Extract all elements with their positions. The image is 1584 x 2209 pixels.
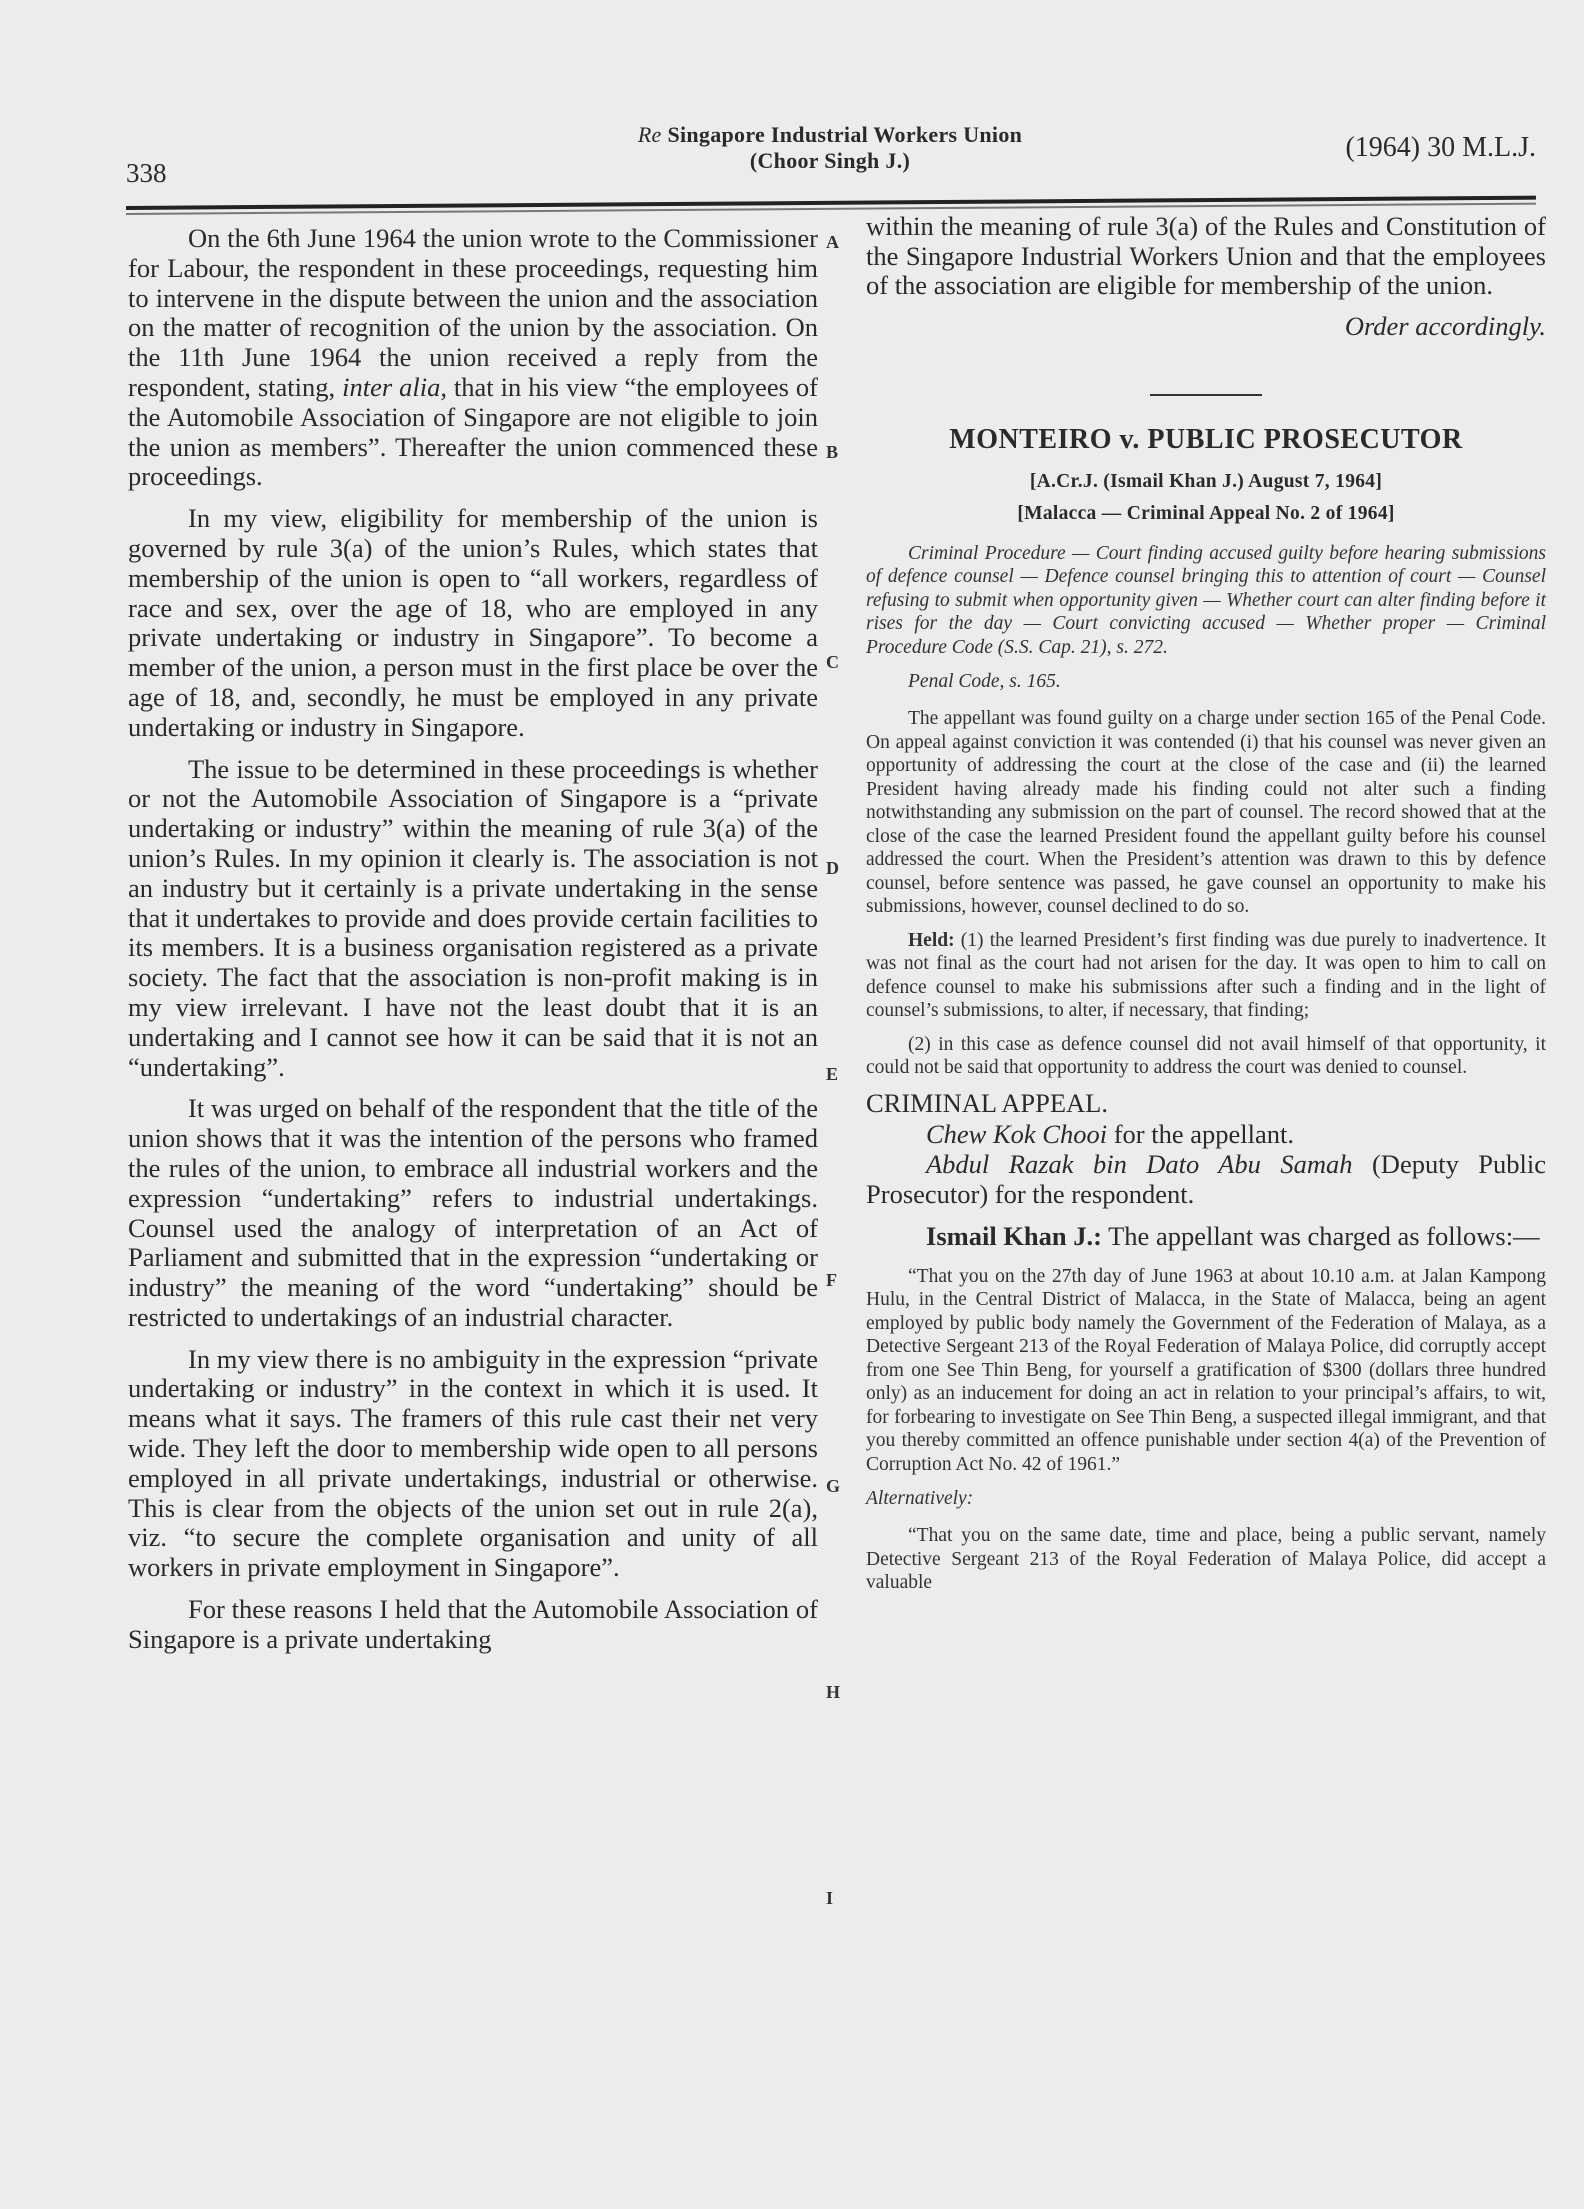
counsel-appellant: Chew Kok Chooi for the appellant. <box>866 1119 1546 1149</box>
headnote-penal-code: Penal Code, s. 165. <box>866 671 1546 693</box>
paragraph: It was urged on behalf of the respondent… <box>128 1094 818 1332</box>
running-header-prefix: Re <box>638 122 662 147</box>
left-column: On the 6th June 1964 the union wrote to … <box>128 224 818 1667</box>
right-column: within the meaning of rule 3(a) of the R… <box>866 212 1546 1595</box>
appeal-line: [Malacca — Criminal Appeal No. 2 of 1964… <box>866 498 1546 530</box>
order: Order accordingly. <box>866 311 1546 342</box>
paragraph: In my view there is no ambiguity in the … <box>128 1345 818 1583</box>
paragraph: On the 6th June 1964 the union wrote to … <box>128 224 818 492</box>
headnote-summary: The appellant was found guilty on a char… <box>866 707 1546 919</box>
court-line: [A.Cr.J. (Ismail Khan J.) August 7, 1964… <box>866 466 1546 498</box>
section-separator <box>1150 394 1262 396</box>
margin-letter: A <box>826 232 839 253</box>
margin-letter: E <box>826 1064 838 1085</box>
margin-letter: H <box>826 1682 840 1703</box>
citation: (1964) 30 M.L.J. <box>1345 132 1536 164</box>
alternatively-label: Alternatively: <box>866 1488 1546 1510</box>
running-header-title: Singapore Industrial Workers Union <box>667 122 1022 147</box>
margin-letter: I <box>826 1888 833 1909</box>
margin-letter: G <box>826 1476 840 1497</box>
case-title: MONTEIRO v. PUBLIC PROSECUTOR <box>866 424 1546 456</box>
margin-letter: F <box>826 1270 837 1291</box>
paragraph: For these reasons I held that the Automo… <box>128 1595 818 1655</box>
continuation-paragraph: within the meaning of rule 3(a) of the R… <box>866 212 1546 301</box>
running-header: Re Singapore Industrial Workers Union (C… <box>520 122 1140 174</box>
law-report-page: 338 Re Singapore Industrial Workers Unio… <box>0 0 1584 2209</box>
judgment-opening: Ismail Khan J.: The appellant was charge… <box>866 1221 1546 1251</box>
paragraph: In my view, eligibility for membership o… <box>128 504 818 742</box>
margin-letter: D <box>826 858 839 879</box>
charge-2: “That you on the same date, time and pla… <box>866 1524 1546 1595</box>
paragraph: The issue to be determined in these proc… <box>128 755 818 1083</box>
running-header-subtitle: (Choor Singh J.) <box>520 148 1140 174</box>
charge-1: “That you on the 27th day of June 1963 a… <box>866 1265 1546 1477</box>
margin-letter: C <box>826 652 839 673</box>
held-2: (2) in this case as defence counsel did … <box>866 1033 1546 1080</box>
counsel-respondent: Abdul Razak bin Dato Abu Samah (Deputy P… <box>866 1149 1546 1209</box>
page-number: 338 <box>126 158 167 189</box>
margin-letter: B <box>826 442 838 463</box>
criminal-appeal-heading: CRIMINAL APPEAL. <box>866 1088 1546 1119</box>
held-1: Held: (1) the learned President’s first … <box>866 929 1546 1023</box>
headnote-catchwords: Criminal Procedure — Court finding accus… <box>866 542 1546 660</box>
